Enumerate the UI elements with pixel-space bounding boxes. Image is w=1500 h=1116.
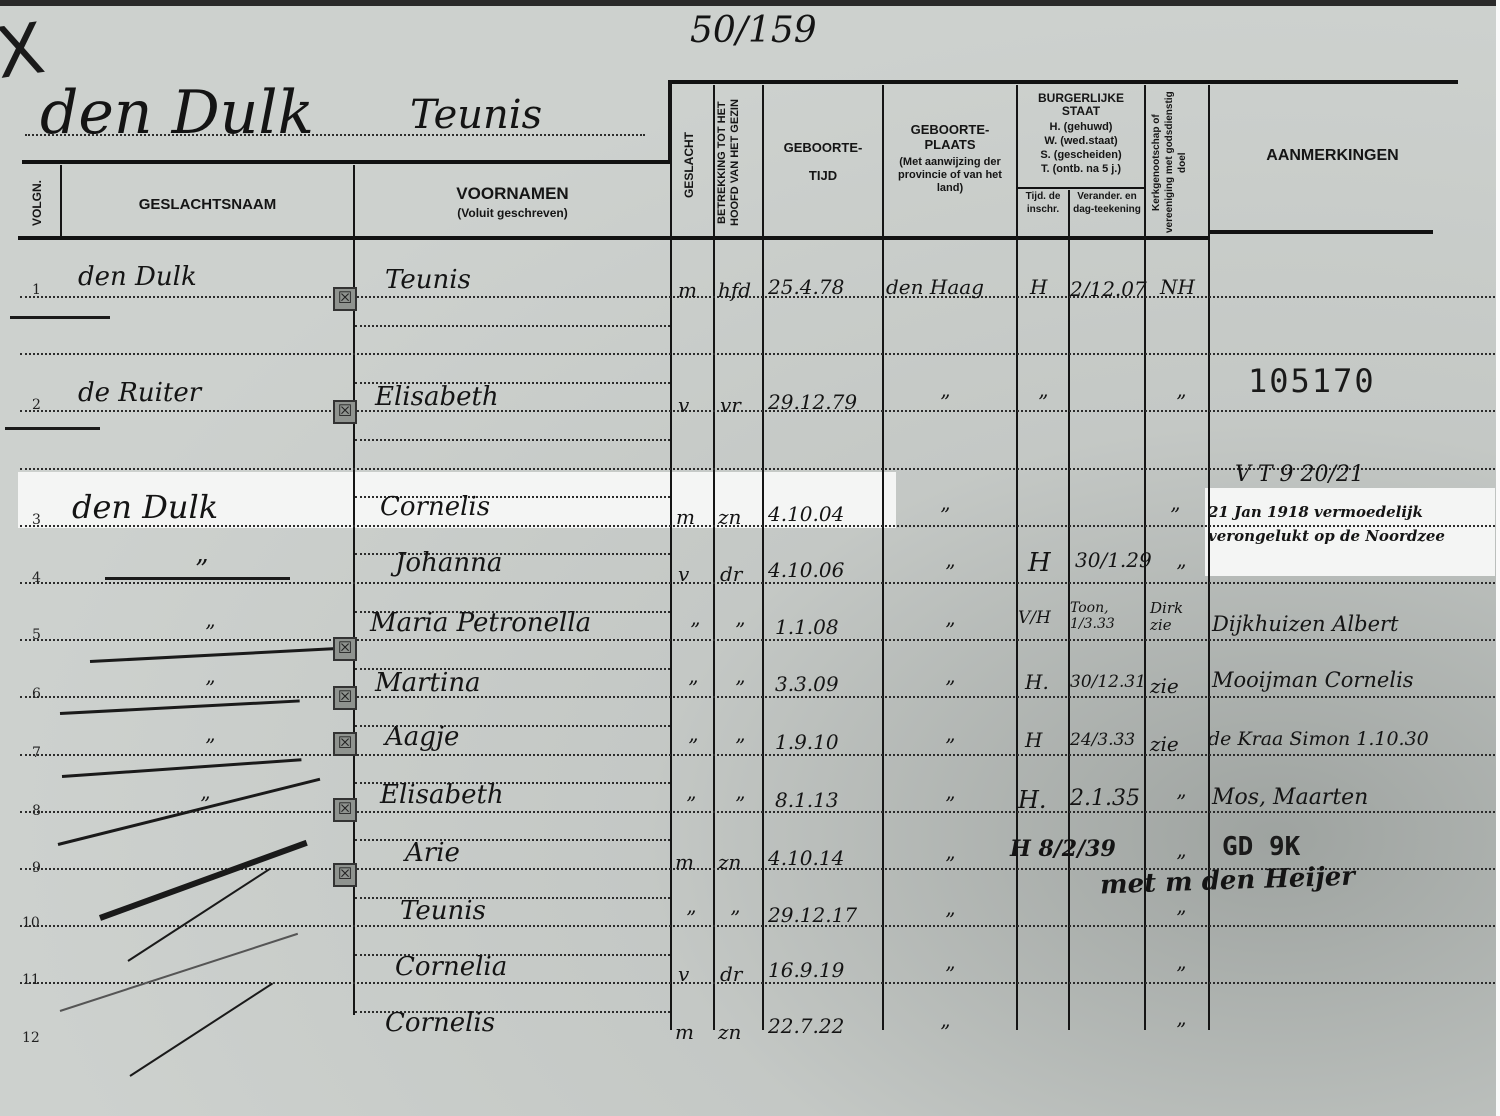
birth-date-cell: 1.9.10 [775, 730, 839, 754]
ruled-line [20, 982, 1495, 984]
birth-date-cell: 29.12.17 [768, 903, 857, 927]
header-civil-status-sub1: Tijd. de inschr. [1019, 190, 1067, 216]
header-civil-status-s: S. (gescheiden) [1018, 149, 1144, 161]
status-cell: H [1028, 548, 1051, 578]
relation-cell: vr [720, 393, 741, 417]
card-number: 50/159 [690, 10, 817, 51]
status-cell: H. [1018, 786, 1047, 814]
header-remarks: AANMERKINGEN [1210, 147, 1455, 165]
col-line-birthplace [1016, 85, 1018, 1030]
row-number: 4 [32, 570, 41, 586]
ruled-line [20, 696, 1495, 698]
birth-date-cell: 29.12.79 [768, 390, 857, 414]
status-change-cell: 24/3.33 [1070, 730, 1135, 750]
header-surname: GESLACHTSNAAM [65, 196, 350, 213]
header-bottom-line [18, 236, 1208, 240]
header-given-names: VOORNAMEN [355, 184, 670, 204]
birth-date-cell: 1.1.08 [775, 615, 839, 639]
church-cell: zie [1150, 732, 1179, 756]
status-cell: H [1030, 275, 1047, 299]
stamp-number: 105170 [1248, 362, 1376, 400]
registration-card: X 50/159 den Dulk Teunis VOLGN. GESLACHT… [0, 0, 1500, 1116]
sex-cell: v [678, 962, 689, 986]
col-line-volgn [60, 165, 62, 237]
strike-line [99, 840, 308, 921]
surname-cell: ” [205, 734, 215, 758]
birth-date-cell: 4.10.06 [768, 558, 844, 582]
birth-place-cell: ” [945, 618, 955, 642]
birth-date-cell: 3.3.09 [775, 672, 839, 696]
remarks-header-bottom [1208, 230, 1433, 234]
row-number: 12 [22, 1030, 40, 1046]
col-line-sex [713, 85, 715, 1030]
checkbox-marked-icon: ☒ [333, 798, 357, 822]
row-number: 10 [22, 915, 40, 931]
header-church: Kerkgenootschap of vereeniging met godsd… [1150, 90, 1206, 235]
checkbox-marked-icon: ☒ [333, 686, 357, 710]
strike-line [90, 647, 340, 663]
surname-cell: ” [205, 676, 215, 700]
surname-cell: den Dulk [72, 488, 218, 526]
relation-cell: ” [735, 676, 745, 700]
relation-cell: zn [718, 850, 741, 874]
strike-line [62, 758, 302, 778]
strike-line [129, 983, 273, 1077]
given-name-cell: Elisabeth [375, 382, 499, 412]
header-volgn: VOLGN. [30, 170, 44, 235]
row2-tick [5, 427, 100, 430]
status-change-cell: 30/12.31 [1070, 672, 1146, 692]
ruled-line [20, 353, 1495, 355]
header-civil-status-title: BURGERLIJKE STAAT [1018, 92, 1144, 118]
checkbox-marked-icon: ☒ [333, 287, 357, 311]
birth-place-cell: ” [945, 734, 955, 758]
given-name-cell: Cornelis [385, 1008, 495, 1038]
relation-cell: ” [735, 792, 745, 816]
ruled-line [20, 754, 1495, 756]
status-cell: H. [1025, 670, 1049, 694]
given-name-cell: Maria Petronella [370, 608, 591, 638]
church-cell: zie [1150, 674, 1179, 698]
ruled-line [20, 296, 1495, 298]
church-cell: ” [1176, 1018, 1186, 1042]
head-given-name: Teunis [410, 92, 542, 138]
header-birthdate-2: TIJD [764, 168, 882, 183]
relation-cell: dr [720, 962, 742, 986]
birth-place-cell: ” [940, 390, 950, 414]
ruled-line [20, 582, 1495, 584]
relation-cell: zn [718, 1020, 741, 1044]
sex-cell: m [675, 1020, 694, 1044]
given-name-cell: Teunis [400, 896, 486, 926]
title-dotted-line [25, 134, 645, 136]
ruled-line [20, 811, 1495, 813]
relation-cell: hfd [718, 278, 751, 302]
church-cell: Dirk zie [1150, 600, 1208, 634]
row-number: 3 [32, 512, 41, 528]
church-cell: ” [1176, 790, 1186, 814]
status-change-cell: 30/1.29 [1075, 548, 1152, 572]
birth-date-cell: 4.10.04 [768, 502, 844, 526]
remark-cell: de Kraa Simon 1.10.30 [1208, 728, 1429, 750]
row-number: 6 [32, 686, 41, 702]
sex-cell: v [678, 393, 689, 417]
strike-line [105, 577, 290, 580]
right-edge [1496, 0, 1500, 1116]
birth-date-cell: 22.7.22 [768, 1014, 844, 1038]
surname-cell: de Ruiter [78, 378, 201, 408]
sex-cell: ” [690, 618, 700, 642]
given-name-cell: Aagje [385, 722, 459, 752]
birth-place-cell: ” [945, 852, 955, 876]
strike-line [60, 933, 298, 1012]
col-line-given [670, 160, 672, 1030]
birth-place-cell: ” [945, 676, 955, 700]
sex-cell: v [678, 562, 689, 586]
header-birthplace-note: (Met aanwijzing der provincie of van het… [886, 156, 1014, 195]
birth-place-cell: ” [945, 908, 955, 932]
header-relation: BETREKKING TOT HET HOOFD VAN HET GEZIN [716, 90, 760, 235]
given-name-cell: Elisabeth [380, 780, 504, 810]
church-cell: NH [1160, 275, 1195, 299]
relation-cell: ” [730, 906, 740, 930]
birth-place-cell: ” [940, 503, 950, 527]
surname-cell: ” [195, 555, 208, 585]
given-name-cell: Cornelis [380, 492, 490, 522]
remark-cell: 21 Jan 1918 vermoedelijk verongelukt op … [1208, 500, 1493, 548]
col-line-birthdate [882, 85, 884, 1030]
remark-cell: Dijkhuizen Albert [1212, 612, 1398, 636]
header-birthplace-1: GEBOORTE- [884, 122, 1016, 137]
checkbox-marked-icon: ☒ [333, 637, 357, 661]
ruled-line [20, 410, 1495, 412]
row-number: 5 [32, 627, 41, 643]
relation-cell: ” [735, 618, 745, 642]
relation-cell: ” [735, 734, 745, 758]
sex-cell: ” [686, 906, 696, 930]
head-surname: den Dulk [40, 78, 314, 148]
col-line-relation [762, 85, 764, 1030]
birth-place-cell: ” [945, 560, 955, 584]
ruled-line [20, 925, 1495, 927]
church-cell: ” [1176, 560, 1186, 584]
given-name-cell: Martina [375, 668, 481, 698]
top-edge [0, 0, 1500, 6]
header-civil-status-h: H. (gehuwd) [1018, 121, 1144, 133]
header-top-line-right [668, 80, 1458, 84]
remark-cell: Mooijman Cornelis [1212, 668, 1414, 692]
row-number: 2 [32, 397, 41, 413]
status-cell: V/H [1018, 608, 1051, 628]
status-change-cell: 2.1.35 [1070, 786, 1140, 811]
checkbox-marked-icon: ☒ [333, 863, 357, 887]
header-given-names-note: (Voluit geschreven) [355, 206, 670, 220]
birth-place-cell: ” [940, 1020, 950, 1044]
relation-cell: dr [720, 562, 742, 586]
row1-tick [10, 316, 110, 319]
status-cell: H [1025, 728, 1042, 752]
birth-place-cell: ” [945, 962, 955, 986]
header-birthdate-1: GEBOORTE- [764, 140, 882, 155]
given-name-cell: Cornelia [395, 952, 507, 982]
church-cell: ” [1170, 503, 1180, 527]
birth-date-cell: 8.1.13 [775, 788, 839, 812]
status-change-cell: Toon, 1/3.33 [1070, 600, 1144, 632]
row-number: 9 [32, 860, 41, 876]
sex-cell: m [678, 278, 697, 302]
checkbox-marked-icon: ☒ [333, 400, 357, 424]
birth-date-cell: 16.9.19 [768, 958, 844, 982]
surname-cell: ” [200, 792, 210, 816]
church-cell: ” [1176, 906, 1186, 930]
given-name-cell: Arie [405, 838, 460, 868]
status-cell: ” [1038, 390, 1048, 414]
remark-annotation: V T 9 20/21 [1235, 462, 1364, 487]
given-name-cell: Johanna [395, 548, 502, 578]
gd-stamp: GD 9K [1222, 832, 1300, 862]
row-number: 8 [32, 803, 41, 819]
ruled-line [20, 639, 1495, 641]
sex-cell: m [675, 850, 694, 874]
sex-cell: ” [688, 734, 698, 758]
sex-cell: ” [686, 792, 696, 816]
row-number: 7 [32, 745, 41, 761]
given-name-cell: Teunis [385, 265, 471, 295]
header-birthplace-2: PLAATS [884, 137, 1016, 152]
birth-place-cell: den Haag [886, 275, 984, 299]
status-cell: H 8/2/39 [1010, 836, 1116, 862]
birth-date-cell: 4.10.14 [768, 846, 844, 870]
header-civil-status-t: T. (ontb. na 5 j.) [1018, 163, 1144, 175]
church-cell: ” [1176, 390, 1186, 414]
ruled-line [355, 439, 670, 441]
sex-cell: m [676, 505, 695, 529]
header-sex: GESLACHT [682, 100, 696, 230]
sex-cell: ” [688, 676, 698, 700]
ruled-line [355, 839, 670, 841]
header-civil-status-w: W. (wed.staat) [1018, 135, 1144, 147]
status-change-cell: 2/12.07 [1070, 277, 1147, 301]
surname-cell: ” [205, 620, 215, 644]
status-subheader-line [1018, 187, 1144, 189]
row-number: 11 [22, 972, 40, 988]
church-cell: ” [1176, 962, 1186, 986]
ruled-line [355, 325, 670, 327]
strike-line [60, 699, 300, 715]
checkbox-marked-icon: ☒ [333, 732, 357, 756]
birth-place-cell: ” [945, 792, 955, 816]
header-top-line-left [22, 160, 672, 164]
header-civil-status-sub2: Verander. en dag-teekening [1070, 190, 1144, 216]
remark-cell: Mos, Maarten [1212, 785, 1368, 810]
birth-date-cell: 25.4.78 [768, 275, 844, 299]
relation-cell: zn [718, 505, 741, 529]
surname-cell: den Dulk [78, 262, 197, 292]
row-number: 1 [32, 282, 41, 298]
header-step-line [668, 80, 672, 162]
